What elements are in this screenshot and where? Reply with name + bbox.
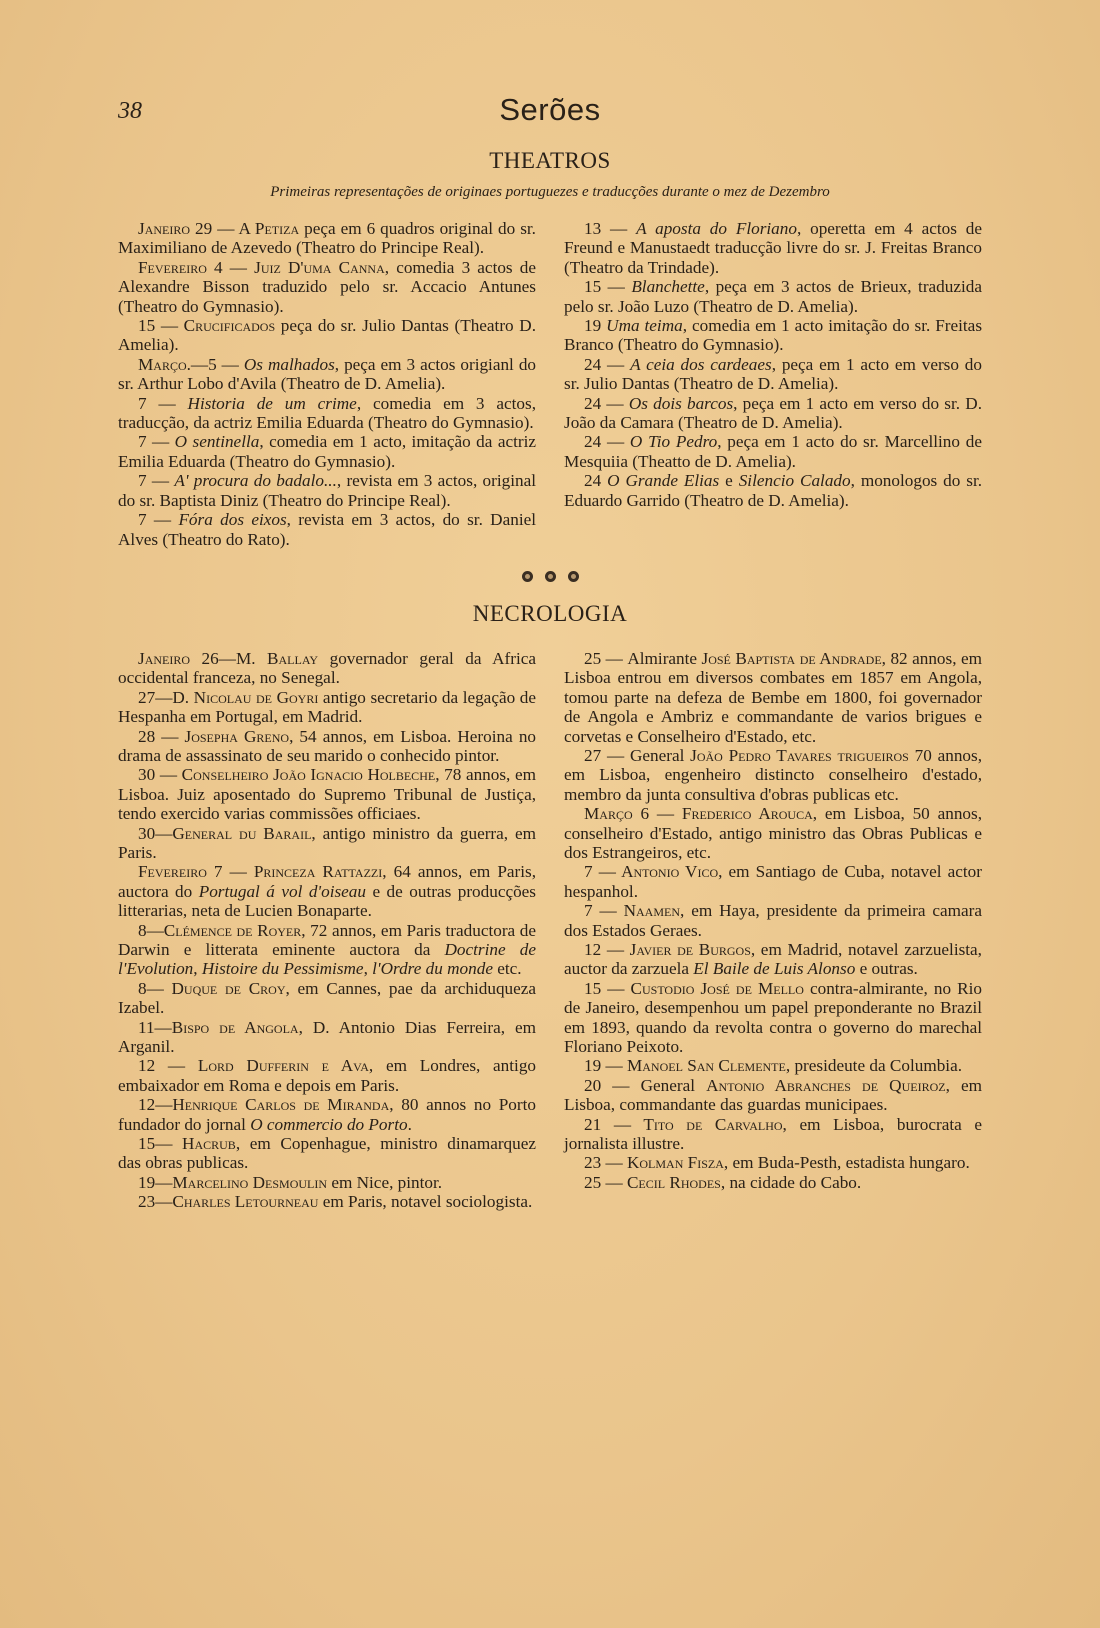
entry-title: Histoire du Pessimisme [202, 959, 364, 978]
entry-title: O Grande Elias [607, 471, 719, 490]
theatros-columns: Janeiro 29 — A Petiza peça em 6 quadros … [118, 219, 982, 549]
list-item: Fevereiro 4 — Juiz D'uma Canna, comedia … [118, 258, 536, 316]
list-item: 19 — Manoel San Clemente, presideute da … [564, 1056, 982, 1075]
entry-connector: , [364, 959, 373, 978]
entry-date: 24 — [584, 432, 630, 451]
necrologia-left-column: Janeiro 26—M. Ballay governador geral da… [118, 649, 536, 1212]
entry-name: Javier de Burgos [630, 940, 751, 959]
list-item: 30 — Conselheiro João Ignacio Holbeche, … [118, 765, 536, 823]
entry-date: 13 — [584, 219, 636, 238]
entry-date: 28 — [138, 727, 185, 746]
entry-date: 19— [138, 1173, 172, 1192]
entry-name: D. Nicolau de Goyri [172, 688, 318, 707]
entry-text: . [408, 1115, 412, 1134]
list-item: Março.—5 — Os malhados, peça em 3 actos … [118, 355, 536, 394]
list-item: 24 O Grande Elias e Silencio Calado, mon… [564, 471, 982, 510]
entry-date: 30 — [138, 765, 182, 784]
entry-date: 7 — [138, 510, 178, 529]
entry-title: Silencio Calado [739, 471, 851, 490]
entry-name: Josepha Greno [185, 727, 290, 746]
entry-text: etc. [493, 959, 522, 978]
list-item: 30—General du Barail, antigo ministro da… [118, 824, 536, 863]
necrologia-right-column: 25 — Almirante José Baptista de Andrade,… [564, 649, 982, 1212]
entry-name: Clémence de Royer [164, 921, 301, 940]
entry-date: 23— [138, 1192, 172, 1211]
list-item: 23 — Kolman Fisza, em Buda-Pesth, estadi… [564, 1153, 982, 1172]
entry-name: Antonio Vico [621, 862, 718, 881]
list-item: 8—Clémence de Royer, 72 annos, em Paris … [118, 921, 536, 979]
page: 38 Serões THEATROS Primeiras representaç… [118, 92, 982, 1212]
entry-connector: , [193, 959, 202, 978]
list-item: 24 — A ceia dos cardeaes, peça em 1 acto… [564, 355, 982, 394]
list-item: 12 — Javier de Burgos, em Madrid, notave… [564, 940, 982, 979]
entry-name: Marcelino Desmoulin [172, 1173, 327, 1192]
entry-name: Crucificados [184, 316, 275, 335]
entry-date: 25 — [584, 1173, 627, 1192]
list-item: 7 — O sentinella, comedia em 1 acto, imi… [118, 432, 536, 471]
entry-title: Uma teima [606, 316, 683, 335]
list-item: 24 — Os dois barcos, peça em 1 acto em v… [564, 394, 982, 433]
list-item: 25 — Cecil Rhodes, na cidade do Cabo. [564, 1173, 982, 1192]
entry-date: 27— [138, 688, 172, 707]
entry-name: Juiz D'uma Canna [254, 258, 385, 277]
entry-date: 7 — [584, 901, 624, 920]
entry-date: 19 [584, 316, 606, 335]
entry-date: Janeiro 29 — [138, 219, 238, 238]
entry-date: 15 — [584, 979, 631, 998]
list-item: 27 — General João Pedro Tavares trigueir… [564, 746, 982, 804]
entry-name: A Petiza [238, 219, 299, 238]
entry-date: 7 — [138, 432, 175, 451]
entry-text: , na cidade do Cabo. [721, 1173, 861, 1192]
list-item: 24 — O Tio Pedro, peça em 1 acto do sr. … [564, 432, 982, 471]
necrologia-columns: Janeiro 26—M. Ballay governador geral da… [118, 649, 982, 1212]
list-item: 21 — Tito de Carvalho, em Lisboa, burocr… [564, 1115, 982, 1154]
entry-date: 7 — [138, 394, 188, 413]
entry-connector: e [719, 471, 738, 490]
entry-text: e outras. [855, 959, 918, 978]
entry-date: 12— [138, 1095, 172, 1114]
list-item: 7 — A' procura do badalo..., revista em … [118, 471, 536, 510]
entry-date: Março.—5 — [138, 355, 244, 374]
entry-date: 21 — [584, 1115, 643, 1134]
list-item: Janeiro 26—M. Ballay governador geral da… [118, 649, 536, 688]
entry-title: Os dois barcos [629, 394, 733, 413]
entry-text: , presideute da Columbia. [786, 1056, 962, 1075]
entry-name: Hacrub [182, 1134, 236, 1153]
entry-title: Historia de um crime [188, 394, 357, 413]
list-item: Março 6 — Frederico Arouca, em Lisboa, 5… [564, 804, 982, 862]
entry-name: Lord Dufferin e Ava [198, 1056, 369, 1075]
list-item: 11—Bispo de Angola, D. Antonio Dias Ferr… [118, 1018, 536, 1057]
entry-text: em Paris, notavel sociologista. [318, 1192, 532, 1211]
list-item: 15 — Crucificados peça do sr. Julio Dant… [118, 316, 536, 355]
entry-date: Janeiro 26— [138, 649, 236, 668]
entry-prefix: General [641, 1076, 707, 1095]
list-item: 7 — Naamen, em Haya, presidente da prime… [564, 901, 982, 940]
list-item: 8— Duque de Croy, em Cannes, pae da arch… [118, 979, 536, 1018]
entry-name: Conselheiro João Ignacio Holbeche [182, 765, 436, 784]
entry-title: Os malhados [244, 355, 335, 374]
theatros-section-title: THEATROS [118, 148, 982, 174]
entry-date: 24 [584, 471, 607, 490]
entry-date: 23 — [584, 1153, 627, 1172]
list-item: Fevereiro 7 — Princeza Rattazzi, 64 anno… [118, 862, 536, 920]
entry-date: 7 — [138, 471, 174, 490]
entry-date: 20 — [584, 1076, 641, 1095]
entry-date: 15 — [584, 277, 631, 296]
entry-text: em Nice, pintor. [327, 1173, 442, 1192]
entry-name: Cecil Rhodes [627, 1173, 721, 1192]
entry-title: O commercio do Porto [250, 1115, 407, 1134]
entry-title: El Baile de Luis Alonso [693, 959, 855, 978]
list-item: 15— Hacrub, em Copenhague, ministro dina… [118, 1134, 536, 1173]
journal-title: Serões [118, 92, 982, 128]
entry-prefix: General [630, 746, 690, 765]
list-item: 25 — Almirante José Baptista de Andrade,… [564, 649, 982, 746]
entry-name: João Pedro Tavares trigueiros [690, 746, 909, 765]
entry-date: Março 6 — [584, 804, 682, 823]
list-item: 13 — A aposta do Floriano, operetta em 4… [564, 219, 982, 277]
list-item: 19—Marcelino Desmoulin em Nice, pintor. [118, 1173, 536, 1192]
list-item: 7 — Historia de um crime, comedia em 3 a… [118, 394, 536, 433]
entry-name: Kolman Fisza [627, 1153, 724, 1172]
entry-date: 7 — [584, 862, 621, 881]
list-item: 15 — Blanchette, peça em 3 actos de Brie… [564, 277, 982, 316]
theatros-subtitle: Primeiras representações de originaes po… [98, 184, 1002, 201]
entry-name: General du Barail [172, 824, 311, 843]
list-item: 20 — General Antonio Abranches de Queiro… [564, 1076, 982, 1115]
running-head: 38 Serões [118, 92, 982, 136]
entry-title: A' procura do badalo... [174, 471, 337, 490]
entry-title: A ceia dos cardeaes [630, 355, 772, 374]
ornament-dot-icon [522, 571, 533, 582]
entry-date: 12 — [138, 1056, 198, 1075]
list-item: 23—Charles Letourneau em Paris, notavel … [118, 1192, 536, 1211]
entry-date: 12 — [584, 940, 630, 959]
list-item: 7 — Antonio Vico, em Santiago de Cuba, n… [564, 862, 982, 901]
entry-name: Princeza Rattazzi [254, 862, 382, 881]
theatros-left-column: Janeiro 29 — A Petiza peça em 6 quadros … [118, 219, 536, 549]
entry-title: Blanchette [631, 277, 705, 296]
entry-date: Fevereiro 7 — [138, 862, 254, 881]
entry-date: 15 — [138, 316, 184, 335]
entry-date: Fevereiro 4 — [138, 258, 254, 277]
entry-name: Tito de Carvalho [643, 1115, 782, 1134]
entry-date: 24 — [584, 394, 629, 413]
entry-date: 30— [138, 824, 172, 843]
list-item: 27—D. Nicolau de Goyri antigo secretario… [118, 688, 536, 727]
list-item: 19 Uma teima, comedia em 1 acto imitação… [564, 316, 982, 355]
entry-name: Henrique Carlos de Miranda [172, 1095, 389, 1114]
theatros-right-column: 13 — A aposta do Floriano, operetta em 4… [564, 219, 982, 549]
list-item: 15 — Custodio José de Mello contra-almir… [564, 979, 982, 1057]
entry-title: A aposta do Floriano [636, 219, 797, 238]
entry-name: Antonio Abranches de Queiroz [706, 1076, 945, 1095]
entry-date: 15— [138, 1134, 182, 1153]
entry-name: M. Ballay [236, 649, 318, 668]
entry-name: Frederico Arouca [682, 804, 813, 823]
list-item: 12 — Lord Dufferin e Ava, em Londres, an… [118, 1056, 536, 1095]
entry-prefix: Almirante [627, 649, 701, 668]
entry-name: José Baptista de Andrade [702, 649, 882, 668]
entry-name: Manoel San Clemente [627, 1056, 786, 1075]
entry-name: Duque de Croy [172, 979, 286, 998]
entry-date: 27 — [584, 746, 630, 765]
entry-title: Portugal á vol d'oiseau [199, 882, 366, 901]
list-item: 7 — Fóra dos eixos, revista em 3 actos, … [118, 510, 536, 549]
list-item: 28 — Josepha Greno, 54 annos, em Lisboa.… [118, 727, 536, 766]
entry-title: O sentinella [175, 432, 260, 451]
entry-text: , em Buda-Pesth, estadista hungaro. [724, 1153, 970, 1172]
entry-date: 24 — [584, 355, 630, 374]
section-divider-ornament [118, 571, 982, 587]
entry-date: 8— [138, 979, 172, 998]
entry-date: 19 — [584, 1056, 627, 1075]
entry-name: Naamen [624, 901, 680, 920]
entry-title: l'Ordre du monde [372, 959, 493, 978]
list-item: Janeiro 29 — A Petiza peça em 6 quadros … [118, 219, 536, 258]
entry-date: 11— [138, 1018, 172, 1037]
necrologia-section-title: NECROLOGIA [118, 601, 982, 627]
entry-name: Bispo de Angola [172, 1018, 299, 1037]
list-item: 12—Henrique Carlos de Miranda, 80 annos … [118, 1095, 536, 1134]
entry-name: Charles Letourneau [172, 1192, 318, 1211]
entry-date: 25 — [584, 649, 627, 668]
ornament-dot-icon [545, 571, 556, 582]
entry-name: Custodio José de Mello [631, 979, 804, 998]
entry-title: Fóra dos eixos [178, 510, 286, 529]
ornament-dot-icon [568, 571, 579, 582]
entry-title: O Tio Pedro [630, 432, 717, 451]
entry-date: 8— [138, 921, 164, 940]
